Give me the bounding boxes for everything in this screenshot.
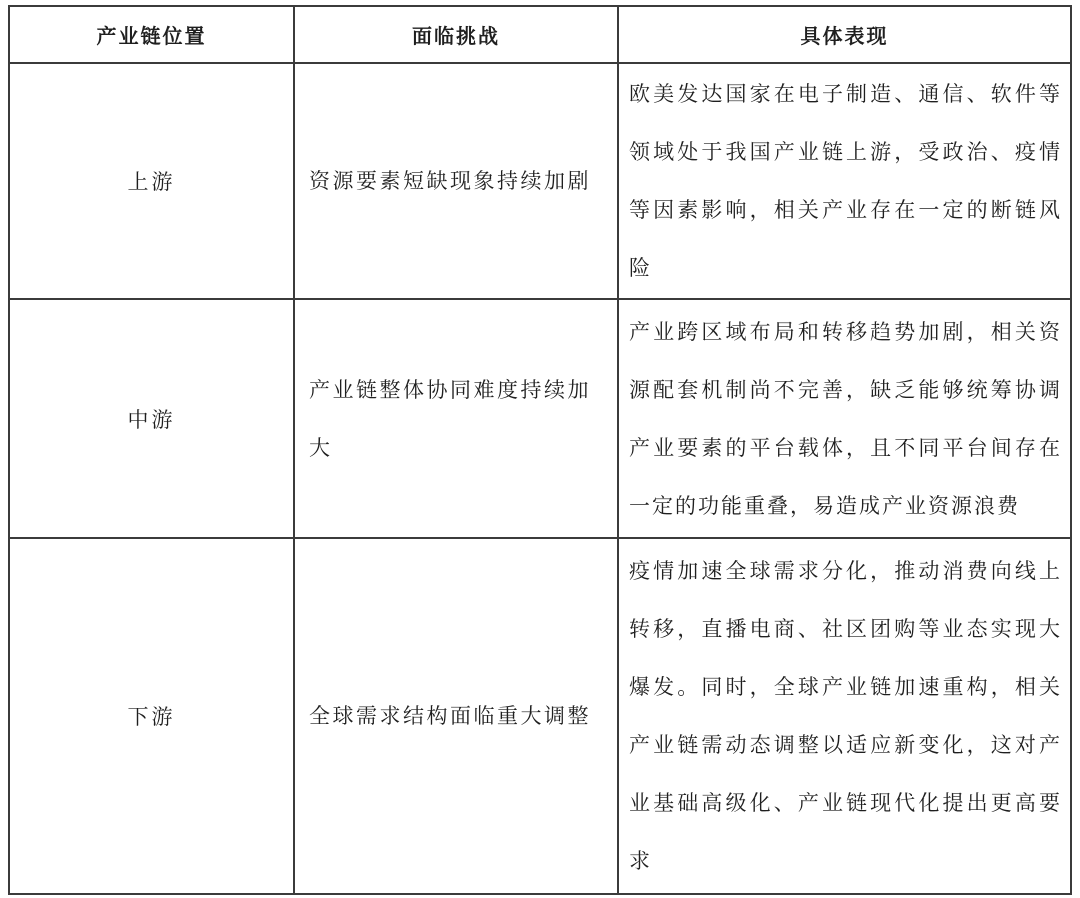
table-row-downstream: 下游 全球需求结构面临重大调整 疫情加速全球需求分化，推动消费向线上转移，直播电… — [9, 538, 1071, 894]
table-header-row: 产业链位置 面临挑战 具体表现 — [9, 6, 1071, 63]
table-row-midstream: 中游 产业链整体协同难度持续加大 产业跨区域布局和转移趋势加剧，相关资源配套机制… — [9, 299, 1071, 538]
industry-chain-challenges-table: 产业链位置 面临挑战 具体表现 上游 资源要素短缺现象持续加剧 欧美发达国家在电… — [8, 5, 1072, 895]
cell-midstream-position: 中游 — [9, 299, 294, 538]
document-page: 产业链位置 面临挑战 具体表现 上游 资源要素短缺现象持续加剧 欧美发达国家在电… — [0, 5, 1080, 898]
cell-upstream-challenge: 资源要素短缺现象持续加剧 — [294, 63, 618, 299]
cell-downstream-detail: 疫情加速全球需求分化，推动消费向线上转移，直播电商、社区团购等业态实现大爆发。同… — [618, 538, 1071, 894]
cell-downstream-challenge: 全球需求结构面临重大调整 — [294, 538, 618, 894]
header-cell-challenge: 面临挑战 — [294, 6, 618, 63]
header-cell-detail: 具体表现 — [618, 6, 1071, 63]
cell-upstream-position: 上游 — [9, 63, 294, 299]
cell-midstream-detail: 产业跨区域布局和转移趋势加剧，相关资源配套机制尚不完善，缺乏能够统筹协调产业要素… — [618, 299, 1071, 538]
header-cell-chain-position: 产业链位置 — [9, 6, 294, 63]
cell-upstream-detail: 欧美发达国家在电子制造、通信、软件等领域处于我国产业链上游，受政治、疫情等因素影… — [618, 63, 1071, 299]
cell-midstream-challenge: 产业链整体协同难度持续加大 — [294, 299, 618, 538]
cell-downstream-position: 下游 — [9, 538, 294, 894]
table-row-upstream: 上游 资源要素短缺现象持续加剧 欧美发达国家在电子制造、通信、软件等领域处于我国… — [9, 63, 1071, 299]
